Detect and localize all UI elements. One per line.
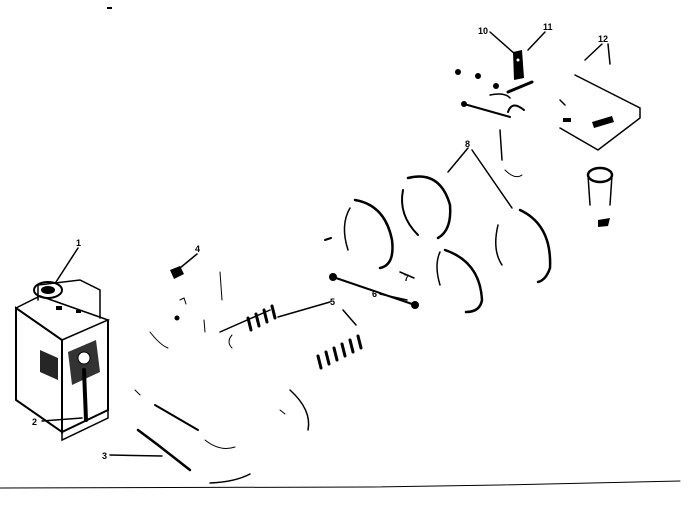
bracket-part [455, 50, 532, 177]
callout-10: 10 [478, 26, 488, 36]
callout-5: 5 [330, 297, 335, 307]
callout-6: 6 [372, 289, 377, 299]
orifice-fitting-part [170, 266, 222, 332]
small-pulley-part [325, 200, 482, 312]
valve-lever-part [84, 370, 86, 420]
callout-4: 4 [195, 244, 200, 254]
callout-11: 11 [543, 22, 553, 32]
burner-manifold-part [135, 332, 309, 483]
callout-3: 3 [102, 451, 107, 461]
large-pulley-part [402, 177, 550, 282]
callout-2: 2 [32, 417, 37, 427]
callout-8: 8 [465, 139, 470, 149]
parts-diagram: 1 2 3 4 5 6 7 8 10 11 12 [0, 0, 688, 516]
callout-1: 1 [76, 238, 81, 248]
callout-12: 12 [598, 34, 608, 44]
mounting-plate-part [490, 75, 640, 150]
callout-7: 7 [404, 273, 409, 283]
gas-valve-part [16, 280, 108, 440]
stray-mark [107, 7, 112, 9]
baseline-rule [0, 481, 680, 488]
mounting-clip-part [588, 168, 612, 227]
callout-leaders [42, 32, 610, 456]
spring-part [220, 306, 361, 368]
